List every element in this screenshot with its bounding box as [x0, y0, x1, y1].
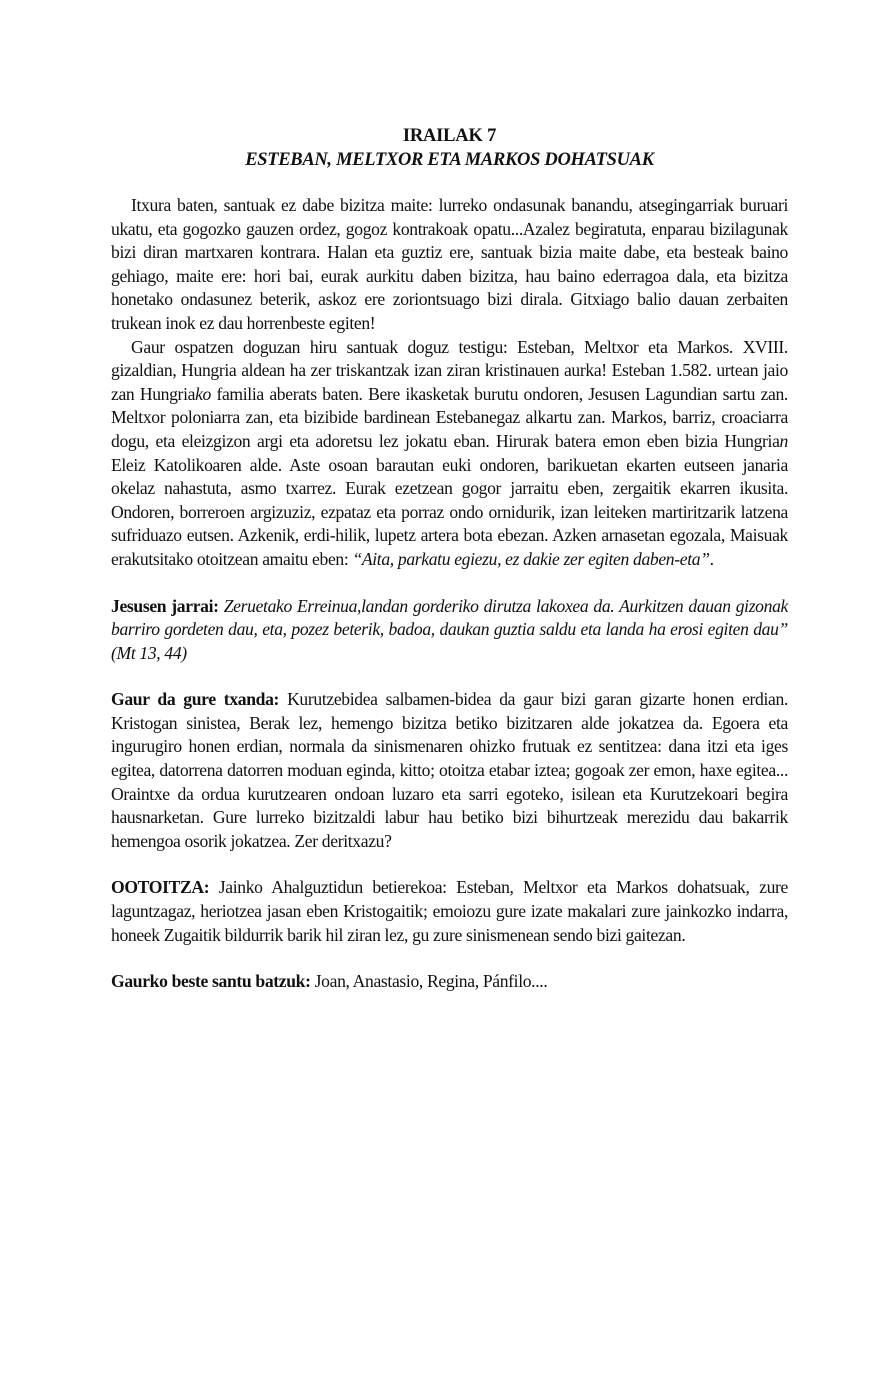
intro-italic-suffix-1: ko: [195, 384, 211, 404]
jesusen-jarrai-section: Jesusen jarrai: Zeruetako Erreinua,landa…: [111, 595, 788, 666]
page-title: IRAILAK 7: [111, 124, 788, 148]
gaurko-beste-santu-text: Joan, Anastasio, Regina, Pánfilo....: [311, 971, 548, 991]
intro-prayer-quote: “Aita, parkatu egiezu, ez dakie zer egit…: [352, 549, 709, 569]
gaurko-beste-santu-label: Gaurko beste santu batzuk:: [111, 971, 311, 991]
ootoitza-text: Jainko Ahalguztidun betierekoa: Esteban,…: [111, 877, 788, 944]
gaurko-beste-santu-section: Gaurko beste santu batzuk: Joan, Anastas…: [111, 970, 788, 994]
document-page: IRAILAK 7 ESTEBAN, MELTXOR ETA MARKOS DO…: [111, 124, 788, 994]
jesusen-jarrai-label: Jesusen jarrai:: [111, 596, 219, 616]
gaur-da-gure-txanda-section: Gaur da gure txanda: Kurutzebidea salbam…: [111, 688, 788, 853]
gaur-da-gure-txanda-label: Gaur da gure txanda:: [111, 689, 279, 709]
intro-paragraph-1: Itxura baten, santuak ez dabe bizitza ma…: [111, 194, 788, 336]
intro-italic-suffix-2: n: [780, 431, 788, 451]
intro-text-part-b: familia aberats baten. Bere ikasketak bu…: [111, 384, 788, 451]
ootoitza-label: OOTOITZA:: [111, 877, 209, 897]
ootoitza-section: OOTOITZA: Jainko Ahalguztidun betierekoa…: [111, 876, 788, 947]
gaur-da-gure-txanda-text: Kurutzebidea salbamen-bidea da gaur bizi…: [111, 689, 788, 851]
page-subtitle: ESTEBAN, MELTXOR ETA MARKOS DOHATSUAK: [111, 148, 788, 172]
intro-paragraph-2: Gaur ospatzen doguzan hiru santuak doguz…: [111, 336, 788, 572]
intro-text-end: .: [710, 549, 714, 569]
